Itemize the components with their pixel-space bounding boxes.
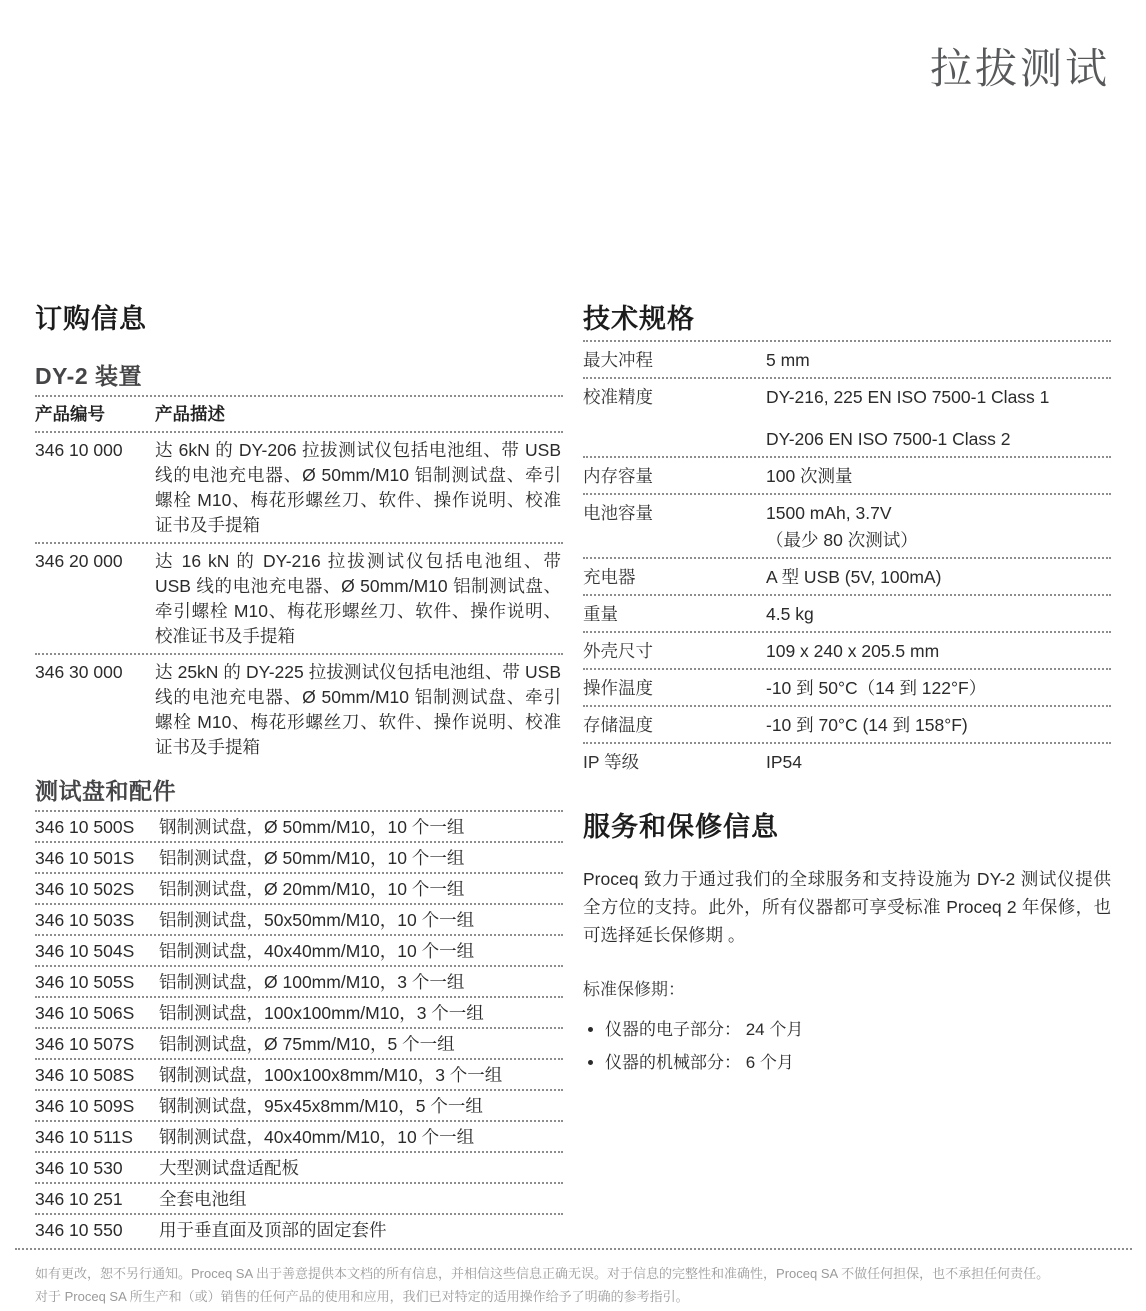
product-number: 346 10 000: [35, 438, 155, 538]
footer-line-2: 对于 Proceq SA 所生产和（或）销售的任何产品的使用和应用，我们已对特定…: [35, 1285, 1118, 1308]
spec-value: 5 mm: [766, 347, 1111, 373]
table-row: 346 10 501S 铝制测试盘，Ø 50mm/M10，10 个一组: [35, 843, 563, 872]
spec-label: 外壳尺寸: [583, 638, 766, 664]
product-number: 346 10 503S: [35, 907, 159, 933]
spec-value: 100 次测量: [766, 463, 1111, 489]
table-row: 346 10 550 用于垂直面及顶部的固定套件: [35, 1215, 563, 1244]
product-description: 钢制测试盘，100x100x8mm/M10，3 个一组: [159, 1062, 563, 1088]
product-number: 346 10 505S: [35, 969, 159, 995]
spec-value: IP54: [766, 749, 1111, 775]
table-row: 346 10 509S 钢制测试盘，95x45x8mm/M10，5 个一组: [35, 1091, 563, 1120]
footer-divider: [15, 1248, 1132, 1250]
column-header-product-description: 产品描述: [155, 402, 563, 427]
spec-label: 重量: [583, 601, 766, 627]
product-description: 钢制测试盘，40x40mm/M10，10 个一组: [159, 1124, 563, 1150]
accessories-table: 346 10 500S 钢制测试盘，Ø 50mm/M10，10 个一组 346 …: [35, 812, 563, 1244]
spec-value: -10 到 70°C (14 到 158°F): [766, 712, 1111, 738]
accessories-heading: 测试盘和配件: [35, 778, 563, 805]
specs-heading: 技术规格: [583, 303, 1111, 335]
table-row: 346 10 507S 铝制测试盘，Ø 75mm/M10，5 个一组: [35, 1029, 563, 1058]
warranty-period-title: 标准保修期：: [583, 975, 1111, 1000]
spec-value: 109 x 240 x 205.5 mm: [766, 638, 1111, 664]
product-description: 铝制测试盘，50x50mm/M10，10 个一组: [159, 907, 563, 933]
warranty-list: 仪器的电子部分： 24 个月 仪器的机械部分： 6 个月: [583, 1018, 1111, 1075]
product-number: 346 10 507S: [35, 1031, 159, 1057]
table-row: 346 10 506S 铝制测试盘，100x100mm/M10，3 个一组: [35, 998, 563, 1027]
specs-table: 最大冲程 5 mm 校准精度 DY-216, 225 EN ISO 7500-1…: [583, 342, 1111, 779]
spec-value-line: （最少 80 次测试）: [766, 527, 1111, 553]
product-number: 346 20 000: [35, 549, 155, 649]
table-row: 346 10 503S 铝制测试盘，50x50mm/M10，10 个一组: [35, 905, 563, 934]
spec-label: 最大冲程: [583, 347, 766, 373]
spec-row: 最大冲程 5 mm: [583, 342, 1111, 377]
page-title: 拉拔测试: [930, 36, 1110, 96]
spec-value: 4.5 kg: [766, 601, 1111, 627]
footer-disclaimer: 如有更改，恕不另行通知。Proceq SA 出于善意提供本文档的所有信息，并相信…: [35, 1262, 1118, 1308]
ordering-heading: 订购信息: [35, 303, 563, 335]
spec-value-line: DY-216, 225 EN ISO 7500-1 Class 1: [766, 384, 1111, 410]
table-row: 346 10 530 大型测试盘适配板: [35, 1153, 563, 1182]
spec-label: IP 等级: [583, 749, 766, 775]
product-description: 铝制测试盘，Ø 75mm/M10，5 个一组: [159, 1031, 563, 1057]
table-row: 346 10 251 全套电池组: [35, 1184, 563, 1213]
spec-value: A 型 USB (5V, 100mA): [766, 564, 1111, 590]
product-description: 大型测试盘适配板: [159, 1155, 563, 1181]
specs-section: 技术规格 最大冲程 5 mm 校准精度 DY-216, 225 EN ISO 7…: [583, 303, 1111, 1244]
ordering-section: 订购信息 DY-2 装置 产品编号 产品描述 346 10 000 达 6kN …: [35, 303, 563, 1244]
product-number: 346 10 530: [35, 1155, 159, 1181]
spec-row: 外壳尺寸 109 x 240 x 205.5 mm: [583, 633, 1111, 668]
table-row: 346 10 000 达 6kN 的 DY-206 拉拔测试仪包括电池组、带 U…: [35, 433, 563, 542]
spec-row: 校准精度 DY-216, 225 EN ISO 7500-1 Class 1 D…: [583, 379, 1111, 456]
spec-label: 内存容量: [583, 463, 766, 489]
spec-row: 存储温度 -10 到 70°C (14 到 158°F): [583, 707, 1111, 742]
spec-value: 1500 mAh, 3.7V （最少 80 次测试）: [766, 500, 1111, 553]
dy2-units-heading: DY-2 装置: [35, 363, 563, 390]
spec-label: 校准精度: [583, 384, 766, 452]
spec-row: 内存容量 100 次测量: [583, 458, 1111, 493]
table-row: 346 10 500S 钢制测试盘，Ø 50mm/M10，10 个一组: [35, 812, 563, 841]
product-description: 达 25kN 的 DY-225 拉拔测试仪包括电池组、带 USB 线的电池充电器…: [155, 660, 563, 760]
product-number: 346 10 506S: [35, 1000, 159, 1026]
product-number: 346 30 000: [35, 660, 155, 760]
product-description: 铝制测试盘，Ø 50mm/M10，10 个一组: [159, 845, 563, 871]
table-row: 346 10 505S 铝制测试盘，Ø 100mm/M10，3 个一组: [35, 967, 563, 996]
spec-label: 操作温度: [583, 675, 766, 701]
table-row: 346 10 508S 钢制测试盘，100x100x8mm/M10，3 个一组: [35, 1060, 563, 1089]
table-row: 346 10 502S 铝制测试盘，Ø 20mm/M10，10 个一组: [35, 874, 563, 903]
warranty-item: 仪器的机械部分： 6 个月: [605, 1051, 1111, 1075]
spec-row: 操作温度 -10 到 50°C（14 到 122°F）: [583, 670, 1111, 705]
product-number: 346 10 500S: [35, 814, 159, 840]
spec-row: 电池容量 1500 mAh, 3.7V （最少 80 次测试）: [583, 495, 1111, 557]
product-description: 铝制测试盘，Ø 100mm/M10，3 个一组: [159, 969, 563, 995]
content-columns: 订购信息 DY-2 装置 产品编号 产品描述 346 10 000 达 6kN …: [35, 303, 1112, 1244]
service-paragraph: Proceq 致力于通过我们的全球服务和支持设施为 DY-2 测试仪提供全方位的…: [583, 865, 1111, 949]
table-row: 346 30 000 达 25kN 的 DY-225 拉拔测试仪包括电池组、带 …: [35, 655, 563, 764]
warranty-item: 仪器的电子部分： 24 个月: [605, 1018, 1111, 1042]
service-section: 服务和保修信息 Proceq 致力于通过我们的全球服务和支持设施为 DY-2 测…: [583, 811, 1111, 1075]
product-description: 用于垂直面及顶部的固定套件: [159, 1217, 563, 1243]
product-description: 铝制测试盘，40x40mm/M10，10 个一组: [159, 938, 563, 964]
product-number: 346 10 509S: [35, 1093, 159, 1119]
spec-row: IP 等级 IP54: [583, 744, 1111, 779]
table-row: 346 10 511S 钢制测试盘，40x40mm/M10，10 个一组: [35, 1122, 563, 1151]
service-heading: 服务和保修信息: [583, 811, 1111, 843]
table-row: 346 10 504S 铝制测试盘，40x40mm/M10，10 个一组: [35, 936, 563, 965]
product-description: 钢制测试盘，Ø 50mm/M10，10 个一组: [159, 814, 563, 840]
product-number: 346 10 511S: [35, 1124, 159, 1150]
spec-label: 充电器: [583, 564, 766, 590]
product-number: 346 10 504S: [35, 938, 159, 964]
spec-label: 存储温度: [583, 712, 766, 738]
product-description: 钢制测试盘，95x45x8mm/M10，5 个一组: [159, 1093, 563, 1119]
product-number: 346 10 501S: [35, 845, 159, 871]
product-number: 346 10 508S: [35, 1062, 159, 1088]
spec-value: -10 到 50°C（14 到 122°F）: [766, 675, 1111, 701]
datasheet-page: 拉拔测试 订购信息 DY-2 装置 产品编号 产品描述 346 10 000 达…: [0, 0, 1146, 1311]
column-header-product-number: 产品编号: [35, 402, 155, 427]
spec-value: DY-216, 225 EN ISO 7500-1 Class 1 DY-206…: [766, 384, 1111, 452]
footer-line-1: 如有更改，恕不另行通知。Proceq SA 出于善意提供本文档的所有信息，并相信…: [35, 1262, 1118, 1285]
spec-row: 充电器 A 型 USB (5V, 100mA): [583, 559, 1111, 594]
product-number: 346 10 502S: [35, 876, 159, 902]
product-table-header: 产品编号 产品描述: [35, 397, 563, 431]
spec-value-line: DY-206 EN ISO 7500-1 Class 2: [766, 426, 1111, 452]
spec-label: 电池容量: [583, 500, 766, 553]
product-number: 346 10 550: [35, 1217, 159, 1243]
product-description: 达 16 kN 的 DY-216 拉拔测试仪包括电池组、带 USB 线的电池充电…: [155, 549, 563, 649]
dy2-product-table: 产品编号 产品描述 346 10 000 达 6kN 的 DY-206 拉拔测试…: [35, 397, 563, 764]
product-description: 铝制测试盘，Ø 20mm/M10，10 个一组: [159, 876, 563, 902]
product-description: 全套电池组: [159, 1186, 563, 1212]
product-number: 346 10 251: [35, 1186, 159, 1212]
table-row: 346 20 000 达 16 kN 的 DY-216 拉拔测试仪包括电池组、带…: [35, 544, 563, 653]
spec-row: 重量 4.5 kg: [583, 596, 1111, 631]
product-description: 铝制测试盘，100x100mm/M10，3 个一组: [159, 1000, 563, 1026]
product-description: 达 6kN 的 DY-206 拉拔测试仪包括电池组、带 USB 线的电池充电器、…: [155, 438, 563, 538]
spec-value-line: 1500 mAh, 3.7V: [766, 500, 1111, 526]
